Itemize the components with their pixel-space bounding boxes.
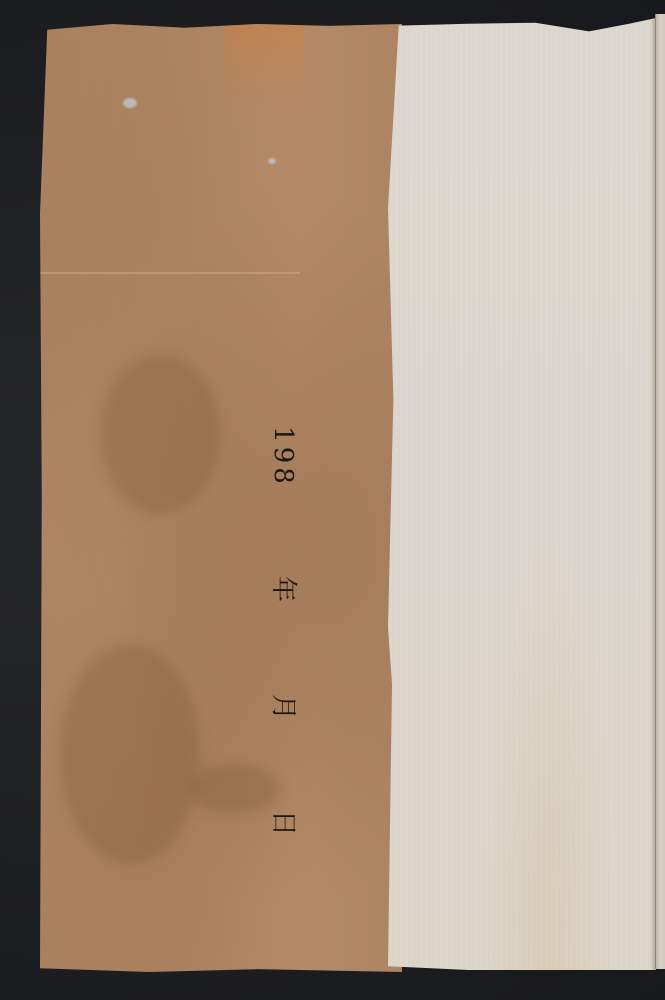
adjacent-page-edge — [655, 14, 665, 969]
date-month-label: 月 — [268, 692, 298, 722]
date-year-label: 年 — [268, 574, 298, 604]
discoloration-band — [225, 24, 305, 114]
date-year-prefix: 198 — [268, 412, 298, 502]
fold-crease — [40, 272, 300, 274]
water-stain — [190, 764, 280, 814]
water-stain — [60, 644, 200, 864]
water-stain — [100, 354, 220, 514]
printed-date-form: 198 年 月 日 — [268, 402, 298, 842]
kraft-paper-wrapper: 198 年 月 日 — [40, 24, 402, 972]
paper-speck — [268, 158, 276, 164]
blank-page — [388, 18, 656, 970]
paper-speck — [123, 98, 137, 108]
date-day-label: 日 — [268, 808, 298, 838]
